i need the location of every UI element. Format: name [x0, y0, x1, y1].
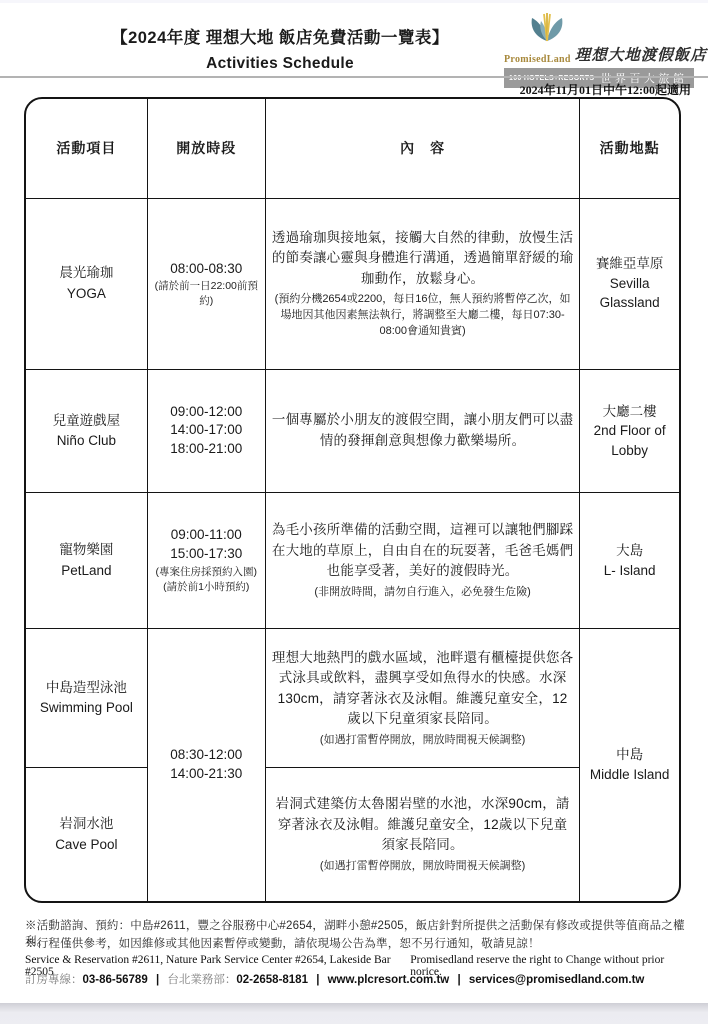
petland-location-en: L- Island	[586, 561, 673, 581]
header-divider-line	[0, 76, 708, 78]
yoga-time-cell: 08:00-08:30 (請於前一日22:00前預約)	[147, 198, 265, 369]
nino-time-2: 14:00-17:00	[154, 421, 259, 440]
nino-activity-cell: 兒童遊戲屋 Niño Club	[26, 369, 147, 492]
footer-note-2: ※行程僅供參考，如因維修或其他因素暫停或變動，請依現場公告為準，恕不另行通知，敬…	[25, 935, 692, 951]
petland-activity-cell: 寵物樂園 PetLand	[26, 492, 147, 628]
brand-name-row: PromisedLand 理想大地渡假飯店	[504, 43, 694, 65]
petland-description-note: (非開放時間，請勿自行進入，必免發生危險)	[272, 585, 573, 601]
website-url: www.plcresort.com.tw	[328, 974, 450, 986]
pools-location-zh: 中島	[586, 745, 673, 765]
petland-name-en: PetLand	[32, 561, 141, 581]
yoga-name-zh: 晨光瑜珈	[32, 263, 141, 283]
cave-name-en: Cave Pool	[32, 835, 141, 855]
lotus-flower-icon	[528, 12, 566, 42]
booking-hotline-label: 訂房專線：	[25, 974, 83, 986]
cave-description: 岩洞式建築仿太魯閣岩壁的水池，水深90cm，請 穿著泳衣及泳帽。維護兒童安全，1…	[272, 794, 573, 856]
effective-date-note: 2024年11月01日中午12:00起適用	[520, 81, 691, 98]
petland-description: 為毛小孩所準備的活動空間，這裡可以讓牠們腳踩在大地的草原上，自由自在的玩耍著，毛…	[272, 520, 573, 582]
petland-location-zh: 大島	[586, 541, 673, 561]
footer-contact-line: 訂房專線：03-86-56789 | 台北業務部：02-2658-8181 | …	[25, 971, 644, 987]
cave-activity-cell: 岩洞水池 Cave Pool	[26, 768, 147, 901]
nino-location-en: 2nd Floor of Lobby	[586, 421, 673, 460]
yoga-description: 透過瑜珈與接地氣，接觸大自然的律動，放慢生活的節奏讓心靈與身體進行溝通，透過簡單…	[272, 228, 573, 290]
yoga-location-en: Sevilla Glassland	[586, 274, 673, 313]
nino-content-cell: 一個專屬於小朋友的渡假空間，讓小朋友們可以盡情的發揮創意與想像力歡樂場所。	[265, 369, 579, 492]
taipei-office-label: 台北業務部：	[167, 974, 236, 986]
nino-time-3: 18:00-21:00	[154, 440, 259, 459]
petland-time-1: 09:00-11:00	[154, 526, 259, 545]
col-header-content: 內 容	[265, 99, 579, 198]
cave-content-cell: 岩洞式建築仿太魯閣岩壁的水池，水深90cm，請 穿著泳衣及泳帽。維護兒童安全，1…	[265, 768, 579, 901]
pools-location-en: Middle Island	[586, 765, 673, 785]
yoga-location-cell: 賽維亞草原 Sevilla Glassland	[580, 198, 679, 369]
yoga-activity-cell: 晨光瑜珈 YOGA	[26, 198, 147, 369]
petland-content-cell: 為毛小孩所準備的活動空間，這裡可以讓牠們腳踩在大地的草原上，自由自在的玩耍著，毛…	[265, 492, 579, 628]
col-header-time: 開放時段	[147, 99, 265, 198]
contact-separator: |	[457, 974, 460, 986]
taipei-office-number: 02-2658-8181	[236, 974, 308, 986]
contact-email: services@promisedland.com.tw	[469, 974, 644, 986]
contact-separator: |	[316, 974, 319, 986]
pools-shared-location-cell: 中島 Middle Island	[580, 629, 679, 901]
swimming-description-note: (如遇打雷暫停開放，開放時間視天候調整)	[272, 733, 573, 749]
nino-name-en: Niño Club	[32, 431, 141, 451]
booking-hotline-number: 03-86-56789	[83, 974, 148, 986]
pools-time-1: 08:30-12:00	[154, 746, 259, 765]
page-bottom-edge	[0, 1003, 708, 1024]
pools-shared-time-cell: 08:30-12:00 14:00-21:30	[147, 629, 265, 901]
page-title-en: Activities Schedule	[55, 55, 505, 73]
table-row-petland: 寵物樂園 PetLand 09:00-11:00 15:00-17:30 (專案…	[26, 492, 679, 628]
swimming-name-en: Swimming Pool	[32, 698, 141, 718]
petland-time-2: 15:00-17:30	[154, 545, 259, 564]
table-row-yoga: 晨光瑜珈 YOGA 08:00-08:30 (請於前一日22:00前預約) 透過…	[26, 198, 679, 369]
nino-location-zh: 大廳二樓	[586, 402, 673, 422]
petland-time-note-2: (請於前1小時預約)	[154, 580, 259, 594]
brand-name-zh-script: 理想大地渡假飯店	[575, 43, 707, 65]
cave-description-note: (如遇打雷暫停開放，開放時間視天候調整)	[272, 859, 573, 875]
petland-location-cell: 大島 L- Island	[580, 492, 679, 628]
page-title-block: 【2024年度 理想大地 飯店免費活動一覽表】 Activities Sched…	[55, 24, 505, 73]
swimming-content-cell: 理想大地熱門的戲水區域，池畔還有櫃檯提供您各式泳具或飲料，盡興享受如魚得水的快感…	[265, 629, 579, 768]
yoga-description-note: (預約分機2654或2200，每日16位，無人預約將暫停乙次，如場地因其他因素無…	[272, 292, 573, 340]
yoga-location-zh: 賽維亞草原	[586, 254, 673, 274]
table-row-swimming-pool: 中島造型泳池 Swimming Pool 08:30-12:00 14:00-2…	[26, 629, 679, 768]
swimming-activity-cell: 中島造型泳池 Swimming Pool	[26, 629, 147, 768]
page-title-zh: 【2024年度 理想大地 飯店免費活動一覽表】	[55, 24, 505, 48]
table-header-row: 活動項目 開放時段 內 容 活動地點	[26, 99, 679, 198]
brand-name-en: PromisedLand	[504, 54, 571, 65]
activities-schedule-page: 【2024年度 理想大地 飯店免費活動一覽表】 Activities Sched…	[0, 0, 708, 1024]
contact-separator: |	[156, 974, 159, 986]
yoga-time: 08:00-08:30	[154, 260, 259, 279]
col-header-location: 活動地點	[580, 99, 679, 198]
swimming-name-zh: 中島造型泳池	[32, 678, 141, 698]
pools-time-2: 14:00-21:30	[154, 765, 259, 784]
nino-time-1: 09:00-12:00	[154, 403, 259, 422]
yoga-name-en: YOGA	[32, 284, 141, 304]
petland-name-zh: 寵物樂園	[32, 540, 141, 560]
nino-name-zh: 兒童遊戲屋	[32, 411, 141, 431]
page-top-edge	[0, 0, 708, 3]
yoga-time-note: (請於前一日22:00前預約)	[154, 279, 259, 307]
petland-time-cell: 09:00-11:00 15:00-17:30 (專案住房採預約入園) (請於前…	[147, 492, 265, 628]
table-row-nino-club: 兒童遊戲屋 Niño Club 09:00-12:00 14:00-17:00 …	[26, 369, 679, 492]
swimming-description: 理想大地熱門的戲水區域，池畔還有櫃檯提供您各式泳具或飲料，盡興享受如魚得水的快感…	[272, 648, 573, 730]
nino-time-cell: 09:00-12:00 14:00-17:00 18:00-21:00	[147, 369, 265, 492]
nino-description: 一個專屬於小朋友的渡假空間，讓小朋友們可以盡情的發揮創意與想像力歡樂場所。	[272, 410, 573, 451]
col-header-activity: 活動項目	[26, 99, 147, 198]
yoga-content-cell: 透過瑜珈與接地氣，接觸大自然的律動，放慢生活的節奏讓心靈與身體進行溝通，透過簡單…	[265, 198, 579, 369]
schedule-table-frame: 活動項目 開放時段 內 容 活動地點 晨光瑜珈 YOGA 08:00-08:30…	[24, 97, 681, 903]
schedule-table: 活動項目 開放時段 內 容 活動地點 晨光瑜珈 YOGA 08:00-08:30…	[26, 99, 679, 901]
petland-time-note-1: (專案住房採預約入園)	[154, 565, 259, 579]
cave-name-zh: 岩洞水池	[32, 814, 141, 834]
nino-location-cell: 大廳二樓 2nd Floor of Lobby	[580, 369, 679, 492]
